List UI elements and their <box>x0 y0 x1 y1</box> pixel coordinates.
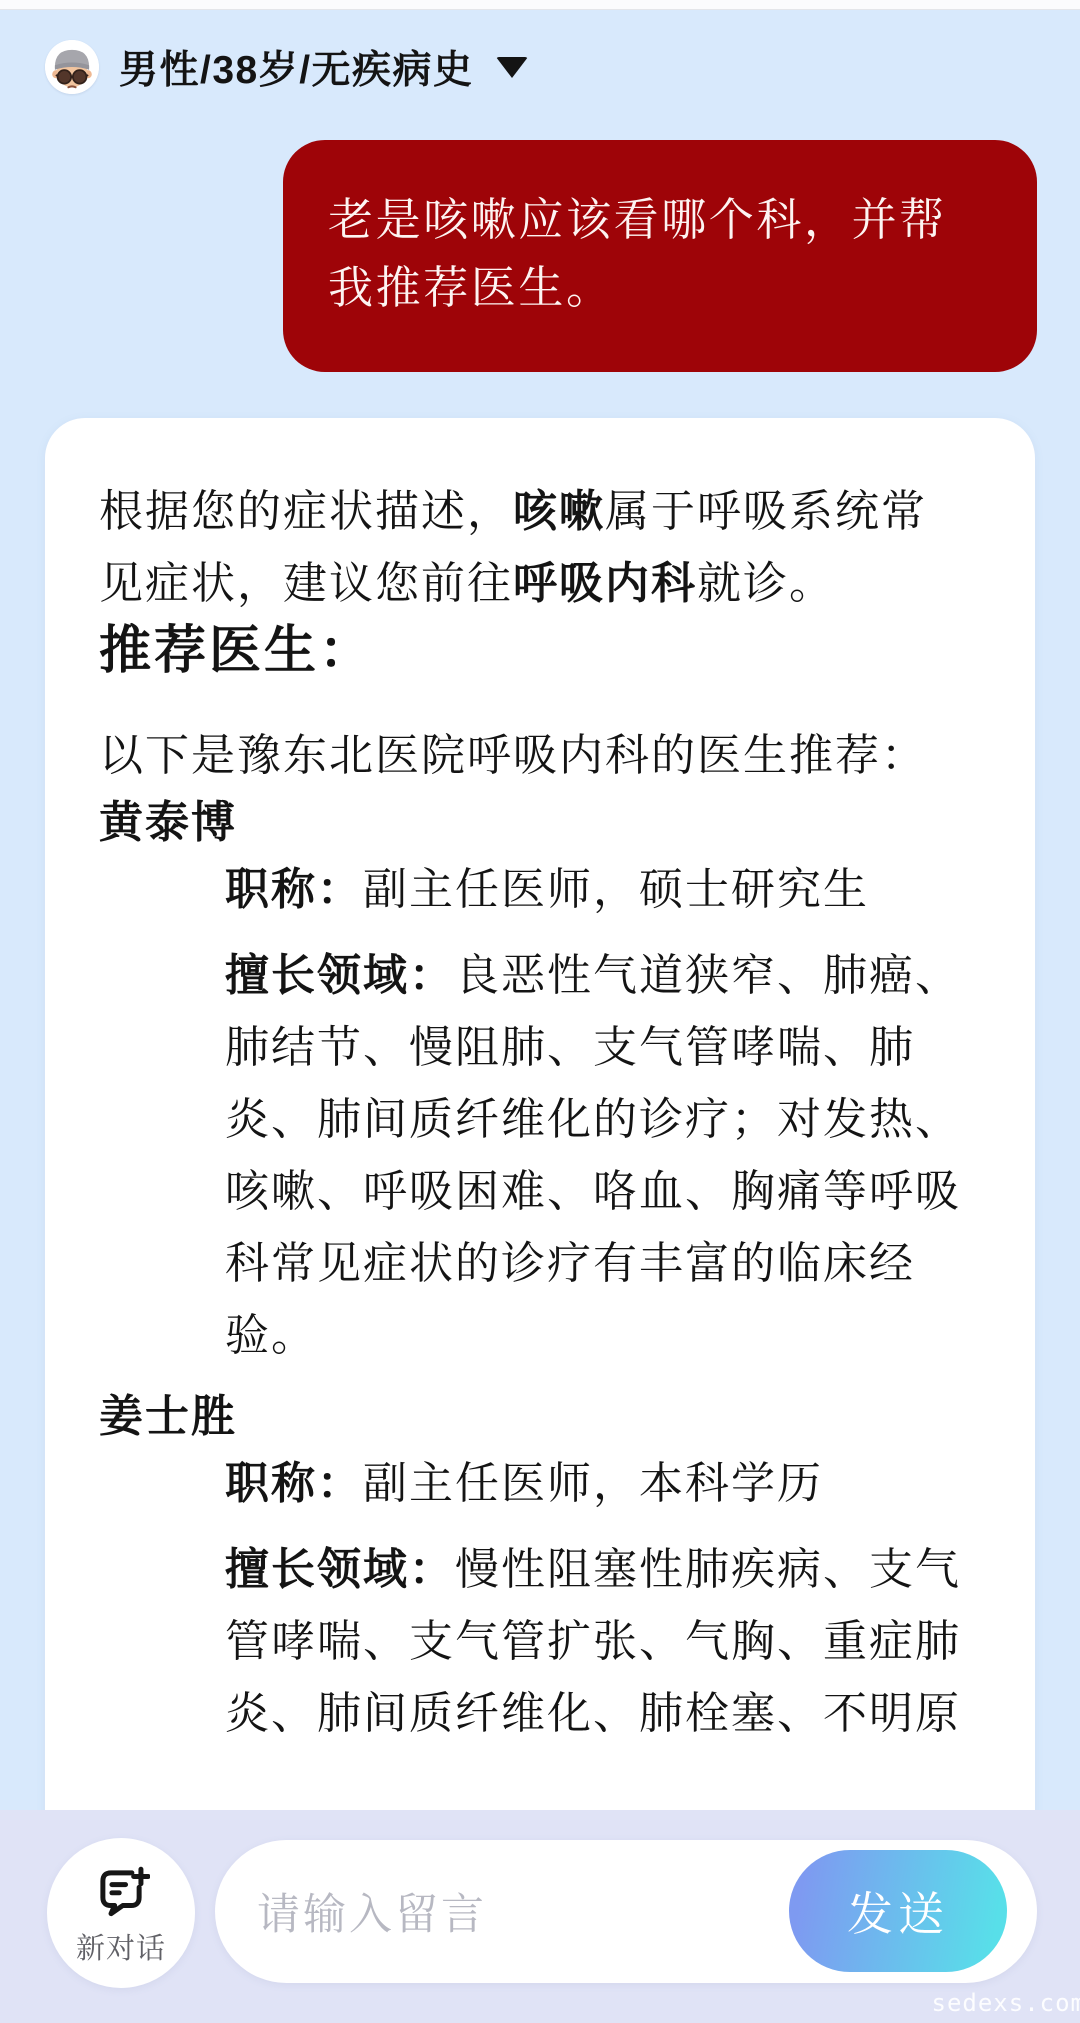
doctor-title-row: 职称：副主任医师，硕士研究生 <box>225 854 973 926</box>
new-chat-icon <box>92 1862 150 1920</box>
doctor-item: 姜士胜 职称：副主任医师，本科学历 擅长领域：慢性阻塞性肺疾病、支气管哮喘、支气… <box>99 1386 985 1750</box>
doctor-name: 黄泰博 <box>99 792 985 854</box>
status-strip <box>0 0 1080 10</box>
doctor-details: 职称：副主任医师，硕士研究生 擅长领域：良恶性气道狭窄、肺癌、肺结节、慢阻肺、支… <box>225 854 973 1372</box>
user-message-bubble: 老是咳嗽应该看哪个科，并帮我推荐医生。 <box>283 140 1037 372</box>
doctor-name: 姜士胜 <box>99 1386 985 1448</box>
doctor-specialty-row: 擅长领域：慢性阻塞性肺疾病、支气管哮喘、支气管扩张、气胸、重症肺炎、肺间质纤维化… <box>225 1534 973 1750</box>
user-message-text: 老是咳嗽应该看哪个科，并帮我推荐医生。 <box>328 194 947 313</box>
doctor-details: 职称：副主任医师，本科学历 擅长领域：慢性阻塞性肺疾病、支气管哮喘、支气管扩张、… <box>225 1448 973 1750</box>
title-label: 职称： <box>225 1459 363 1508</box>
doctor-title-row: 职称：副主任医师，本科学历 <box>225 1448 973 1520</box>
new-chat-button[interactable]: 新对话 <box>47 1838 195 1988</box>
send-button[interactable]: 发送 <box>789 1850 1007 1972</box>
send-label: 发送 <box>847 1878 949 1944</box>
input-placeholder: 请输入留言 <box>257 1881 487 1942</box>
doctor-specialty-row: 擅长领域：良恶性气道狭窄、肺癌、肺结节、慢阻肺、支气管哮喘、肺炎、肺间质纤维化的… <box>225 940 973 1372</box>
specialty-label: 擅长领域： <box>225 951 455 1000</box>
assistant-message-card: 根据您的症状描述，咳嗽属于呼吸系统常见症状，建议您前往呼吸内科就诊。 推荐医生：… <box>45 418 1035 2023</box>
chat-screen: 男性/38岁/无疾病史 老是咳嗽应该看哪个科，并帮我推荐医生。 根据您的症状描述… <box>0 0 1080 2023</box>
chevron-down-icon <box>496 57 528 78</box>
new-chat-label: 新对话 <box>76 1926 166 1967</box>
watermark: sedexs.com <box>932 1989 1080 2017</box>
assistant-intro: 根据您的症状描述，咳嗽属于呼吸系统常见症状，建议您前往呼吸内科就诊。 <box>99 476 967 620</box>
message-input[interactable]: 请输入留言 发送 <box>215 1840 1037 1983</box>
doctor-list-intro: 以下是豫东北医院呼吸内科的医生推荐： <box>99 720 985 792</box>
title-value: 副主任医师，硕士研究生 <box>363 865 869 914</box>
recommended-doctors-heading: 推荐医生： <box>99 620 985 682</box>
doctor-item: 黄泰博 职称：副主任医师，硕士研究生 擅长领域：良恶性气道狭窄、肺癌、肺结节、慢… <box>99 792 985 1372</box>
specialty-value: 良恶性气道狭窄、肺癌、肺结节、慢阻肺、支气管哮喘、肺炎、肺间质纤维化的诊疗；对发… <box>225 951 961 1360</box>
patient-avatar <box>45 40 99 94</box>
title-value: 副主任医师，本科学历 <box>363 1459 823 1508</box>
specialty-label: 擅长领域： <box>225 1545 455 1594</box>
patient-selector[interactable]: 男性/38岁/无疾病史 <box>45 38 528 96</box>
composer-bar: 新对话 请输入留言 发送 sedexs.com <box>0 1810 1080 2023</box>
title-label: 职称： <box>225 865 363 914</box>
patient-info-label: 男性/38岁/无疾病史 <box>119 39 474 95</box>
